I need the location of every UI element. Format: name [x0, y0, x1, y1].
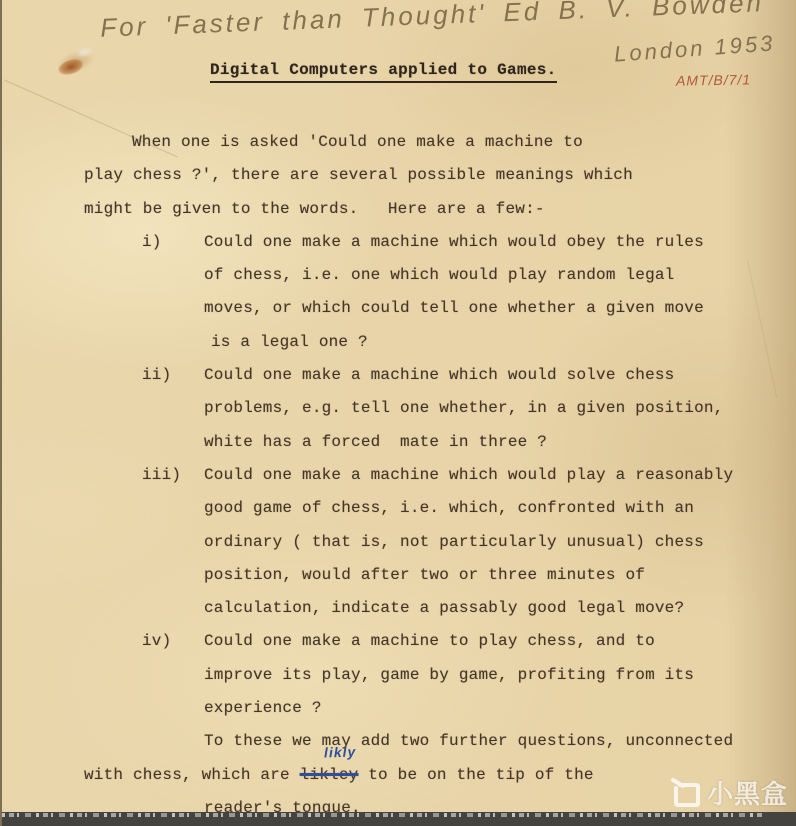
- typed-line: might be given to the words. Here are a …: [84, 193, 784, 226]
- typed-line: good game of chess, i.e. which, confront…: [84, 492, 784, 525]
- document-page: For 'Faster than Thought' Ed B. V. Bowde…: [0, 0, 796, 826]
- list-item-label: i): [142, 226, 162, 259]
- struck-word: likley: [300, 766, 359, 784]
- handwritten-date: London 1953: [613, 30, 776, 67]
- list-item-label: iii): [142, 459, 181, 492]
- archive-reference: AMT/B/7/1: [676, 71, 751, 88]
- title-container: Digital Computers applied to Games.: [210, 61, 557, 79]
- watermark: 小黑盒: [670, 774, 788, 811]
- typed-line: moves, or which could tell one whether a…: [84, 292, 784, 325]
- typed-body: When one is asked 'Could one make a mach…: [84, 126, 784, 825]
- watermark-text: 小黑盒: [707, 774, 788, 811]
- cropped-caption-bar: [2, 812, 796, 826]
- typed-line: iii)Could one make a machine which would…: [84, 459, 784, 492]
- typed-line: ordinary ( that is, not particularly unu…: [84, 526, 784, 559]
- typed-line: white has a forced mate in three ?: [84, 426, 784, 459]
- typed-line: ii)Could one make a machine which would …: [84, 359, 784, 392]
- typed-line: To these we may add two further question…: [84, 725, 784, 758]
- document-title: Digital Computers applied to Games.: [210, 61, 557, 83]
- typed-line: calculation, indicate a passably good le…: [84, 592, 784, 625]
- list-item-label: ii): [142, 359, 171, 392]
- typed-line: When one is asked 'Could one make a mach…: [84, 126, 784, 159]
- typed-line: experience ?: [84, 692, 784, 725]
- typed-line: is a legal one ?: [84, 326, 784, 359]
- typed-line: iv)Could one make a machine to play ches…: [84, 625, 784, 658]
- typed-line: position, would after two or three minut…: [84, 559, 784, 592]
- ink-correction: likly: [323, 743, 356, 760]
- typed-line: improve its play, game by game, profitin…: [84, 659, 784, 692]
- heybox-logo-icon: [670, 777, 702, 809]
- typed-line: i)Could one make a machine which would o…: [84, 226, 784, 259]
- typed-line: of chess, i.e. one which would play rand…: [84, 259, 784, 292]
- typed-line: play chess ?', there are several possibl…: [84, 159, 784, 192]
- list-item-label: iv): [142, 625, 171, 658]
- typed-line: problems, e.g. tell one whether, in a gi…: [84, 392, 784, 425]
